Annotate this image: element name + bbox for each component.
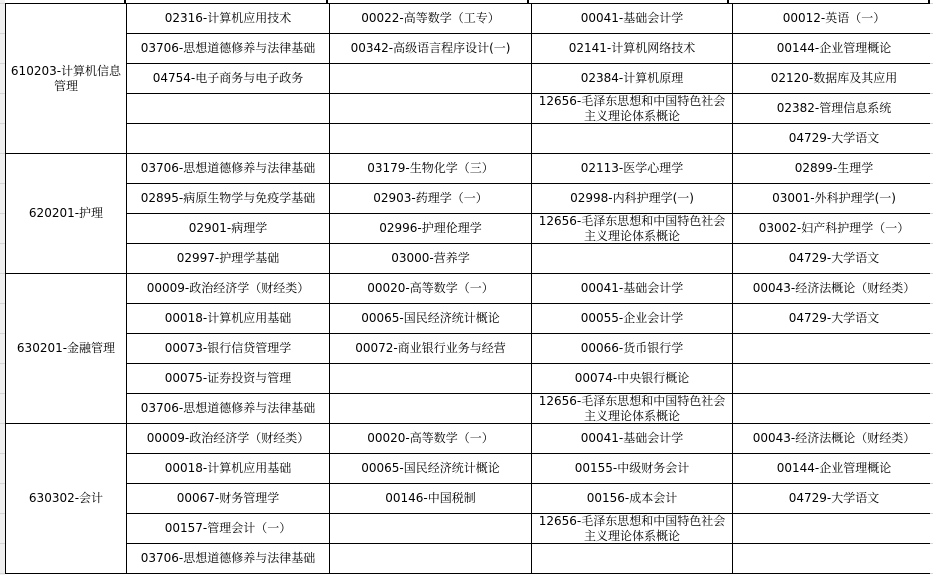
course-label: 03000-营养学 [332,251,529,266]
course-label: 02141-计算机网络技术 [534,41,730,56]
course-cell[interactable]: 00144-企业管理概论 [733,34,933,64]
course-label: 02895-病原生物学与免疫学基础 [129,191,327,206]
course-cell[interactable]: 02901-病理学 [127,214,330,244]
course-label: 00155-中级财务会计 [534,461,730,476]
course-label: 00012-英语（一） [735,11,933,26]
course-cell[interactable]: 04729-大学语文 [733,304,933,334]
course-cell[interactable]: 00155-中级财务会计 [532,454,733,484]
course-cell[interactable] [733,514,933,544]
course-label: 00020-高等数学（一） [332,431,529,446]
course-cell[interactable] [532,244,733,274]
course-cell[interactable]: 02384-计算机原理 [532,64,733,94]
course-cell[interactable]: 00074-中央银行概论 [532,364,733,394]
course-cell[interactable] [532,124,733,154]
course-label: 03706-思想道德修养与法律基础 [129,401,327,416]
course-label: 00009-政治经济学（财经类） [129,281,327,296]
table-row: 04729-大学语文 [6,124,933,154]
gutter-row-divider [0,303,5,304]
course-cell[interactable]: 00043-经济法概论（财经类） [733,424,933,454]
course-cell[interactable]: 03706-思想道德修养与法律基础 [127,154,330,184]
gutter-row-divider [0,3,5,4]
course-label: 02903-药理学（一） [332,191,529,206]
course-cell[interactable]: 04729-大学语文 [733,244,933,274]
gutter-row-divider [0,183,5,184]
course-label: 00041-基础会计学 [534,11,730,26]
table-row: 03706-思想道德修养与法律基础 [6,544,933,574]
course-cell[interactable] [733,394,933,424]
course-cell[interactable]: 00342-高级语言程序设计(一) [330,34,532,64]
gutter-row-divider [0,423,5,424]
course-label: 00067-财务管理学 [129,491,327,506]
course-cell[interactable] [127,124,330,154]
course-label: 00073-银行信贷管理学 [129,341,327,356]
course-label: 02997-护理学基础 [129,251,327,266]
course-cell[interactable] [127,94,330,124]
gutter-row-divider [0,393,5,394]
course-label: 03001-外科护理学(一) [735,191,933,206]
course-cell[interactable]: 02382-管理信息系统 [733,94,933,124]
course-label: 03706-思想道德修养与法律基础 [129,41,327,56]
table-row: 00073-银行信贷管理学00072-商业银行业务与经营00066-货币银行学 [6,334,933,364]
course-cell[interactable]: 00073-银行信贷管理学 [127,334,330,364]
course-cell[interactable]: 02120-数据库及其应用 [733,64,933,94]
gutter-row-divider [0,483,5,484]
course-label: 04754-电子商务与电子政务 [129,71,327,86]
course-label: 04729-大学语文 [735,491,933,506]
table-row: 00018-计算机应用基础00065-国民经济统计概论00155-中级财务会计0… [6,454,933,484]
course-cell[interactable] [733,334,933,364]
course-label: 00144-企业管理概论 [735,41,933,56]
course-label: 00065-国民经济统计概论 [332,461,529,476]
gutter-row-divider [0,573,5,574]
course-cell[interactable] [330,514,532,544]
course-label: 00072-商业银行业务与经营 [332,341,529,356]
course-label: 02382-管理信息系统 [735,101,933,116]
course-cell[interactable]: 12656-毛泽东思想和中国特色社会主义理论体系概论 [532,214,733,244]
gutter-row-divider [0,543,5,544]
course-cell[interactable]: 02895-病原生物学与免疫学基础 [127,184,330,214]
course-cell[interactable]: 12656-毛泽东思想和中国特色社会主义理论体系概论 [532,94,733,124]
course-cell[interactable]: 00012-英语（一） [733,4,933,34]
course-cell[interactable]: 03179-生物化学（三） [330,154,532,184]
course-label: 12656-毛泽东思想和中国特色社会主义理论体系概论 [534,94,730,123]
course-label: 00156-成本会计 [534,491,730,506]
course-cell[interactable]: 00018-计算机应用基础 [127,304,330,334]
table-row: 610203-计算机信息管理02316-计算机应用技术00022-高等数学（工专… [6,4,933,34]
gutter-row-divider [0,93,5,94]
course-label: 00157-管理会计（一） [129,521,327,536]
course-cell[interactable]: 00020-高等数学（一） [330,274,532,304]
course-cell[interactable] [330,94,532,124]
gutter-row-divider [0,333,5,334]
course-cell[interactable]: 02899-生理学 [733,154,933,184]
table-row: 630201-金融管理00009-政治经济学（财经类）00020-高等数学（一）… [6,274,933,304]
table-row: 00018-计算机应用基础00065-国民经济统计概论00055-企业会计学04… [6,304,933,334]
course-cell[interactable]: 02998-内科护理学(一) [532,184,733,214]
course-label: 02384-计算机原理 [534,71,730,86]
course-cell[interactable]: 02316-计算机应用技术 [127,4,330,34]
course-label: 03179-生物化学（三） [332,161,529,176]
gutter-row-divider [0,213,5,214]
course-label: 02996-护理伦理学 [332,221,529,236]
course-cell[interactable]: 03001-外科护理学(一) [733,184,933,214]
course-cell[interactable]: 02997-护理学基础 [127,244,330,274]
gutter-row-divider [0,363,5,364]
course-label: 04729-大学语文 [735,311,933,326]
gutter-row-divider [0,513,5,514]
course-label: 04729-大学语文 [735,251,933,266]
course-label: 12656-毛泽东思想和中国特色社会主义理论体系概论 [534,214,730,243]
table-row: 00067-财务管理学00146-中国税制00156-成本会计04729-大学语… [6,484,933,514]
course-label: 02998-内科护理学(一) [534,191,730,206]
course-cell[interactable] [532,544,733,574]
gutter-row-divider [0,453,5,454]
major-cell[interactable]: 630201-金融管理 [6,274,127,424]
gutter-row-divider [0,273,5,274]
course-label: 12656-毛泽东思想和中国特色社会主义理论体系概论 [534,394,730,423]
course-cell[interactable]: 02141-计算机网络技术 [532,34,733,64]
course-cell[interactable]: 02903-药理学（一） [330,184,532,214]
course-cell[interactable]: 00009-政治经济学（财经类） [127,274,330,304]
course-cell[interactable]: 00075-证券投资与管理 [127,364,330,394]
course-label: 12656-毛泽东思想和中国特色社会主义理论体系概论 [534,514,730,543]
course-label: 00144-企业管理概论 [735,461,933,476]
course-label: 03002-妇产科护理学（一） [735,221,933,236]
course-cell[interactable]: 00009-政治经济学（财经类） [127,424,330,454]
course-cell[interactable]: 02113-医学心理学 [532,154,733,184]
course-label: 00043-经济法概论（财经类） [735,431,933,446]
course-cell[interactable]: 02996-护理伦理学 [330,214,532,244]
course-cell[interactable]: 04754-电子商务与电子政务 [127,64,330,94]
course-cell[interactable]: 04729-大学语文 [733,124,933,154]
course-cell[interactable] [733,364,933,394]
course-cell[interactable] [733,544,933,574]
table-row: 620201-护理03706-思想道德修养与法律基础03179-生物化学（三）0… [6,154,933,184]
gutter-row-divider [0,123,5,124]
course-label: 00022-高等数学（工专） [332,11,529,26]
course-cell[interactable]: 03706-思想道德修养与法律基础 [127,394,330,424]
course-label: 02120-数据库及其应用 [735,71,933,86]
course-cell[interactable]: 00072-商业银行业务与经营 [330,334,532,364]
table-row: 00157-管理会计（一）12656-毛泽东思想和中国特色社会主义理论体系概论 [6,514,933,544]
course-cell[interactable]: 00066-货币银行学 [532,334,733,364]
table-row: 02901-病理学02996-护理伦理学12656-毛泽东思想和中国特色社会主义… [6,214,933,244]
course-cell[interactable]: 00067-财务管理学 [127,484,330,514]
course-label: 00020-高等数学（一） [332,281,529,296]
course-cell[interactable]: 00065-国民经济统计概论 [330,304,532,334]
major-cell[interactable]: 620201-护理 [6,154,127,274]
course-label: 03706-思想道德修养与法律基础 [129,551,327,566]
course-label: 00043-经济法概论（财经类） [735,281,933,296]
gutter-row-divider [0,243,5,244]
course-cell[interactable] [330,364,532,394]
course-cell[interactable]: 00055-企业会计学 [532,304,733,334]
course-label: 00342-高级语言程序设计(一) [332,41,529,56]
course-cell[interactable] [330,64,532,94]
course-label: 00146-中国税制 [332,491,529,506]
table-row: 03706-思想道德修养与法律基础00342-高级语言程序设计(一)02141-… [6,34,933,64]
table-row: 02997-护理学基础03000-营养学04729-大学语文 [6,244,933,274]
course-cell[interactable]: 00041-基础会计学 [532,274,733,304]
course-label: 00075-证券投资与管理 [129,371,327,386]
gutter-row-divider [0,33,5,34]
course-cell[interactable]: 00043-经济法概论（财经类） [733,274,933,304]
course-cell[interactable]: 00041-基础会计学 [532,4,733,34]
major-cell[interactable]: 630302-会计 [6,424,127,574]
course-label: 00066-货币银行学 [534,341,730,356]
course-cell[interactable]: 03706-思想道德修养与法律基础 [127,544,330,574]
course-cell[interactable]: 00041-基础会计学 [532,424,733,454]
course-cell[interactable]: 00065-国民经济统计概论 [330,454,532,484]
course-label: 00065-国民经济统计概论 [332,311,529,326]
course-label: 00074-中央银行概论 [534,371,730,386]
course-cell[interactable]: 12656-毛泽东思想和中国特色社会主义理论体系概论 [532,514,733,544]
course-label: 02899-生理学 [735,161,933,176]
course-label: 00041-基础会计学 [534,431,730,446]
course-label: 00041-基础会计学 [534,281,730,296]
course-cell[interactable] [330,394,532,424]
course-label: 04729-大学语文 [735,131,933,146]
table-row: 00075-证券投资与管理00074-中央银行概论 [6,364,933,394]
course-cell[interactable]: 04729-大学语文 [733,484,933,514]
course-label: 00018-计算机应用基础 [129,311,327,326]
course-label: 00018-计算机应用基础 [129,461,327,476]
course-label: 02113-医学心理学 [534,161,730,176]
course-label: 02901-病理学 [129,221,327,236]
course-cell[interactable]: 03706-思想道德修养与法律基础 [127,34,330,64]
course-label: 03706-思想道德修养与法律基础 [129,161,327,176]
course-cell[interactable]: 12656-毛泽东思想和中国特色社会主义理论体系概论 [532,394,733,424]
course-cell[interactable]: 00022-高等数学（工专） [330,4,532,34]
course-label: 00055-企业会计学 [534,311,730,326]
table-row: 03706-思想道德修养与法律基础12656-毛泽东思想和中国特色社会主义理论体… [6,394,933,424]
course-cell[interactable]: 03000-营养学 [330,244,532,274]
major-cell[interactable]: 610203-计算机信息管理 [6,4,127,154]
table-row: 12656-毛泽东思想和中国特色社会主义理论体系概论02382-管理信息系统 [6,94,933,124]
gutter-row-divider [0,153,5,154]
course-cell[interactable]: 00020-高等数学（一） [330,424,532,454]
gutter-row-divider [0,63,5,64]
table-row: 02895-病原生物学与免疫学基础02903-药理学（一）02998-内科护理学… [6,184,933,214]
course-plan-table: 610203-计算机信息管理02316-计算机应用技术00022-高等数学（工专… [5,3,933,574]
course-cell[interactable]: 00156-成本会计 [532,484,733,514]
course-label: 02316-计算机应用技术 [129,11,327,26]
course-label: 00009-政治经济学（财经类） [129,431,327,446]
course-cell[interactable]: 00146-中国税制 [330,484,532,514]
course-cell[interactable]: 00144-企业管理概论 [733,454,933,484]
table-row: 630302-会计00009-政治经济学（财经类）00020-高等数学（一）00… [6,424,933,454]
course-cell[interactable]: 00157-管理会计（一） [127,514,330,544]
course-cell[interactable] [330,544,532,574]
table-row: 04754-电子商务与电子政务02384-计算机原理02120-数据库及其应用 [6,64,933,94]
course-cell[interactable]: 00018-计算机应用基础 [127,454,330,484]
course-cell[interactable]: 03002-妇产科护理学（一） [733,214,933,244]
course-cell[interactable] [330,124,532,154]
